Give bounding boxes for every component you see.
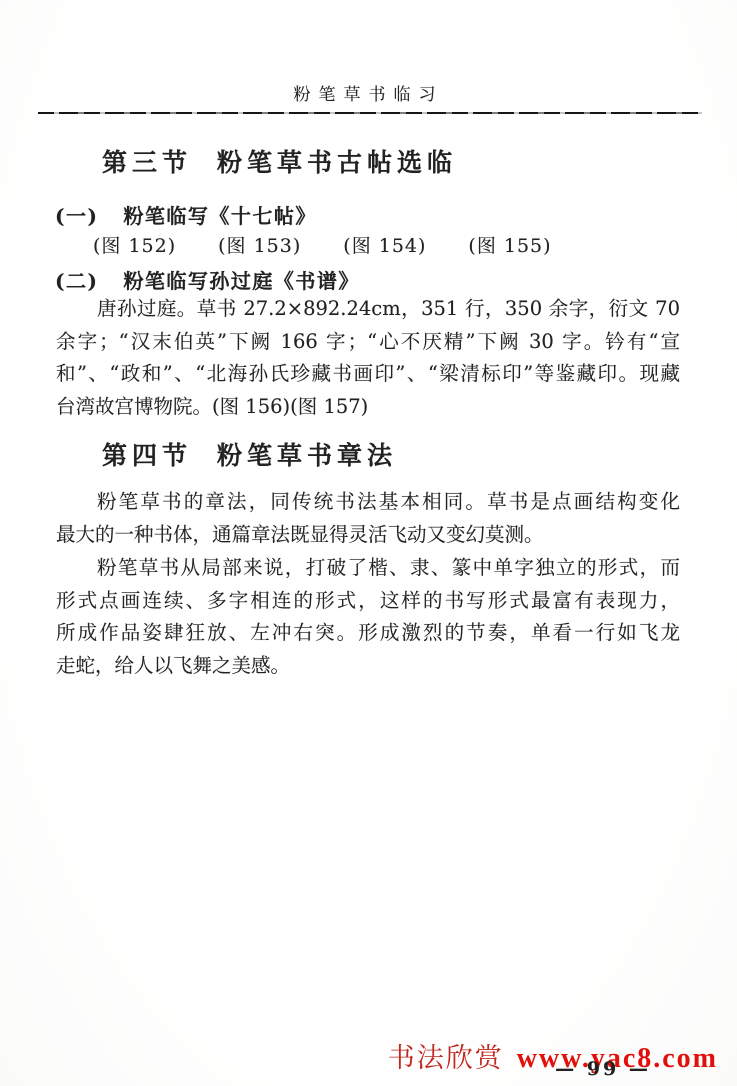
- subsection-2-heading: (二)粉笔临写孙过庭《书谱》: [55, 265, 360, 294]
- text-line: 最大的一种书体，通篇章法既显得灵活飞动又变幻莫测。: [56, 519, 680, 552]
- running-header-title: 粉笔草书临习: [0, 80, 737, 105]
- section-4-label: 第四节: [102, 441, 192, 470]
- scanned-book-page: 粉笔草书临习 第三节粉笔草书古帖选临 (一)粉笔临写《十七帖》 (图 152) …: [0, 0, 737, 1086]
- subsection-1-label: (一): [55, 204, 98, 228]
- text-line: 所成作品姿肆狂放、左冲右突。形成激烈的节奏，单看一行如飞龙: [56, 617, 680, 650]
- paragraph-shupu-description: 唐孙过庭。草书 27.2×892.24cm，351 行，350 余字，衍文 70…: [56, 293, 680, 423]
- section-3-heading: 第三节粉笔草书古帖选临: [102, 143, 457, 179]
- page-number: — 99 —: [548, 1058, 658, 1080]
- text-line: 走蛇，给人以飞舞之美感。: [56, 650, 680, 683]
- text-line: 唐孙过庭。草书 27.2×892.24cm，351 行，350 余字，衍文 70: [56, 293, 680, 326]
- text-line: 余字；“汉末伯英”下阙 166 字；“心不厌精”下阙 30 字。钤有“宣: [56, 326, 680, 359]
- subsection-1-heading: (一)粉笔临写《十七帖》: [55, 200, 317, 229]
- subsection-2-title: 粉笔临写孙过庭《书谱》: [123, 269, 360, 293]
- paragraph-zhangfa-1: 粉笔草书的章法，同传统书法基本相同。草书是点画结构变化 最大的一种书体，通篇章法…: [56, 486, 680, 551]
- section-3-label: 第三节: [102, 148, 192, 177]
- figure-ref: (图 152): [93, 231, 176, 258]
- section-3-title: 粉笔草书古帖选临: [217, 148, 457, 177]
- figure-ref: (图 155): [468, 231, 551, 258]
- text-line: 形式点画连续、多字相连的形式，这样的书写形式最富有表现力，: [56, 585, 680, 618]
- header-rule-divider: [38, 112, 702, 114]
- subsection-2-label: (二): [55, 269, 98, 293]
- text-line: 粉笔草书的章法，同传统书法基本相同。草书是点画结构变化: [56, 486, 680, 519]
- watermark-site-name: 书法欣赏: [388, 1036, 504, 1075]
- text-line: 粉笔草书从局部来说，打破了楷、隶、篆中单字独立的形式，而: [56, 552, 680, 585]
- section-4-title: 粉笔草书章法: [217, 441, 397, 470]
- text-line: 台湾故宫博物院。(图 156)(图 157): [56, 391, 680, 424]
- section-4-heading: 第四节粉笔草书章法: [102, 436, 397, 472]
- figure-ref: (图 153): [218, 231, 301, 258]
- subsection-1-title: 粉笔临写《十七帖》: [123, 204, 317, 228]
- text-line: 和”、“政和”、“北海孙氏珍藏书画印”、“梁清标印”等鉴藏印。现藏: [56, 358, 680, 391]
- figure-reference-row: (图 152) (图 153) (图 154) (图 155): [93, 231, 552, 258]
- paragraph-zhangfa-2: 粉笔草书从局部来说，打破了楷、隶、篆中单字独立的形式，而 形式点画连续、多字相连…: [56, 552, 680, 682]
- figure-ref: (图 154): [343, 231, 426, 258]
